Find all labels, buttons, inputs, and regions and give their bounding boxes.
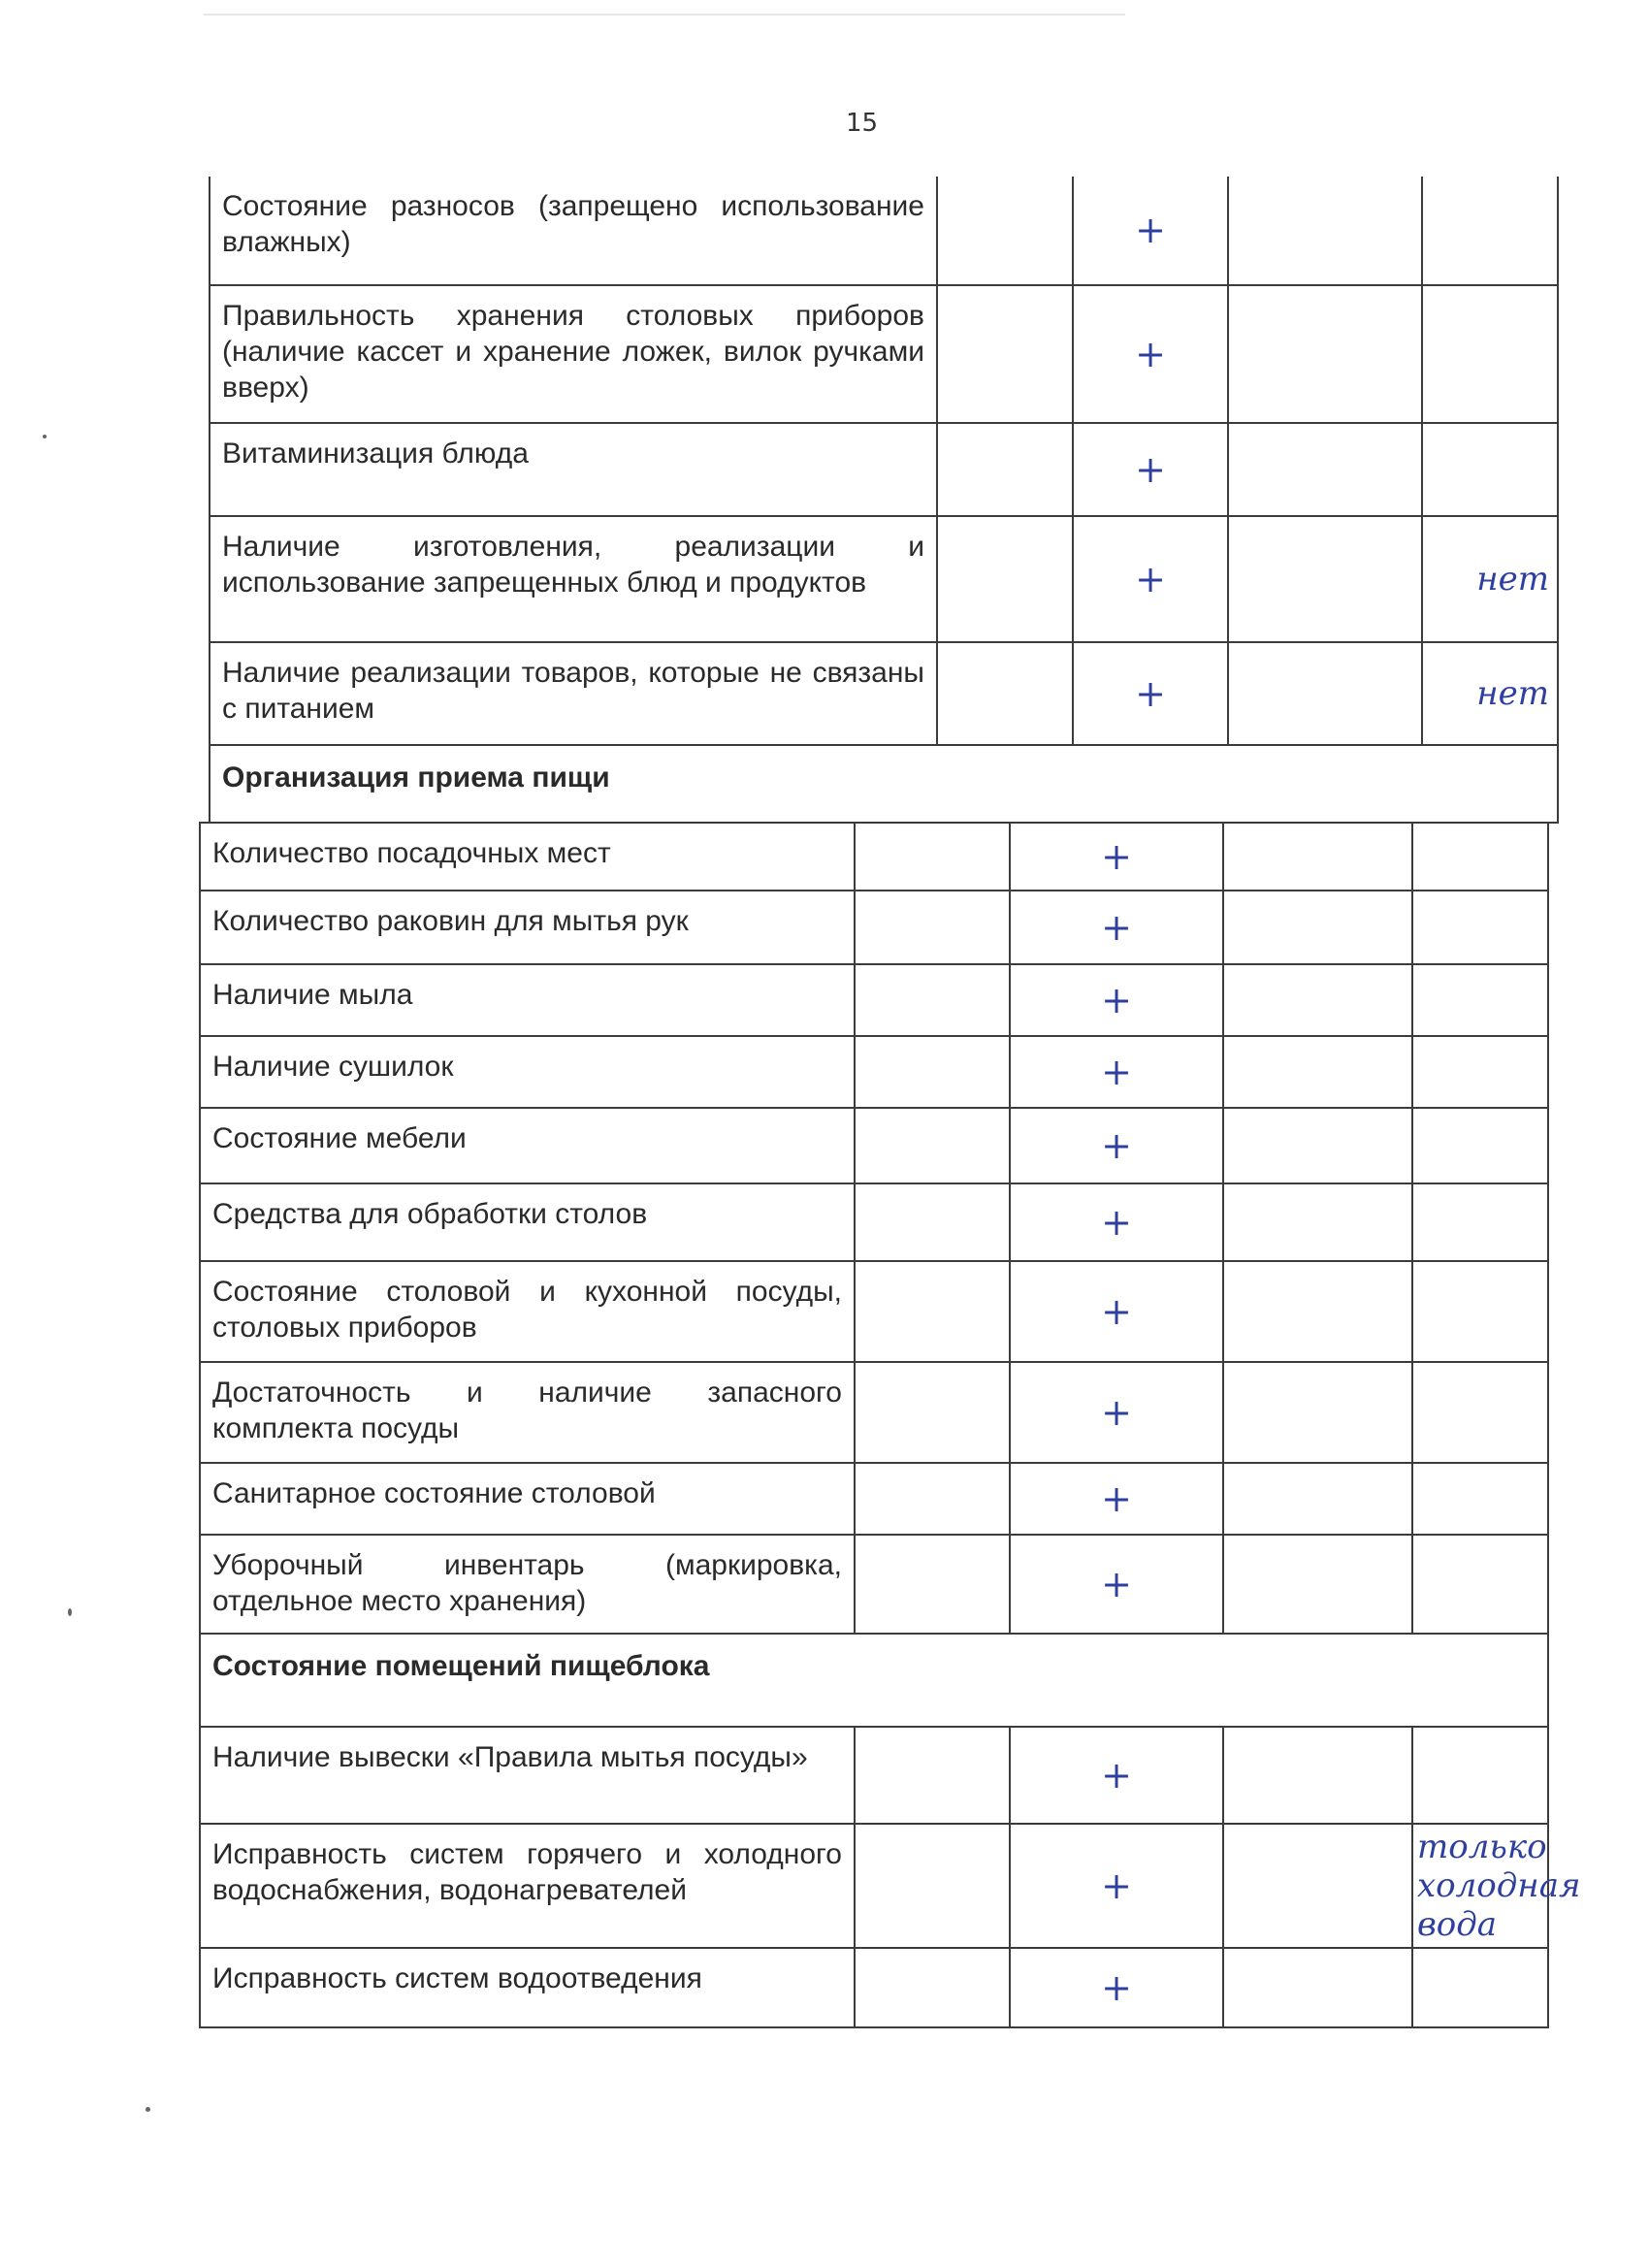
row-label: Витаминизация блюда	[210, 423, 937, 516]
cell-col3-mark: +	[1073, 423, 1228, 516]
cell-col3-mark: +	[1010, 1463, 1223, 1535]
cell-col3-mark: +	[1010, 823, 1223, 891]
cell-col5-note	[1412, 823, 1548, 891]
row-label: Уборочный инвентарь (маркировка, отдельн…	[200, 1535, 855, 1634]
table-row: Наличие сушилок+	[200, 1036, 1548, 1108]
scan-speck	[145, 2107, 150, 2112]
cell-col4	[1223, 823, 1412, 891]
cell-col5-note	[1412, 1108, 1548, 1183]
table-row: Наличие мыла+	[200, 964, 1548, 1036]
cell-col3-mark: +	[1073, 177, 1228, 285]
cell-col2	[855, 1727, 1010, 1824]
cell-col4	[1228, 285, 1422, 423]
cell-col2	[855, 1183, 1010, 1261]
row-label: Исправность систем водоотведения	[200, 1948, 855, 2027]
cell-col5-note: нет	[1422, 516, 1558, 642]
cell-col4	[1228, 177, 1422, 285]
row-label: Правильность хранения столовых приборов …	[210, 285, 937, 423]
cell-col2	[855, 1948, 1010, 2027]
cell-col4	[1228, 516, 1422, 642]
cell-col3-mark: +	[1010, 1362, 1223, 1463]
cell-col2	[855, 891, 1010, 964]
cell-col3-mark: +	[1010, 1727, 1223, 1824]
cell-col4	[1223, 1036, 1412, 1108]
cell-col5-note	[1412, 1535, 1548, 1634]
row-label: Состояние разносов (запрещено использова…	[210, 177, 937, 285]
table-row: Наличие изготовления, реализации и испол…	[210, 516, 1558, 642]
cell-col3-mark: +	[1010, 1183, 1223, 1261]
row-label: Количество посадочных мест	[200, 823, 855, 891]
row-label: Наличие мыла	[200, 964, 855, 1036]
row-label: Наличие изготовления, реализации и испол…	[210, 516, 937, 642]
table-row: Уборочный инвентарь (маркировка, отдельн…	[200, 1535, 1548, 1634]
cell-col4	[1223, 1535, 1412, 1634]
cell-col3-mark: +	[1010, 1036, 1223, 1108]
cell-col3-mark: +	[1010, 964, 1223, 1036]
cell-col2	[855, 1362, 1010, 1463]
cell-col5-note	[1412, 1463, 1548, 1535]
cell-col2	[855, 1108, 1010, 1183]
cell-col4	[1223, 891, 1412, 964]
cell-col3-mark: +	[1073, 285, 1228, 423]
cell-col4	[1223, 1183, 1412, 1261]
table-row: Количество посадочных мест+	[200, 823, 1548, 891]
cell-col4	[1223, 964, 1412, 1036]
scan-speck	[43, 435, 47, 438]
scan-edge-line	[204, 14, 1125, 16]
scan-speck	[68, 1608, 72, 1616]
cell-col3-mark: +	[1073, 516, 1228, 642]
table-row: Витаминизация блюда+	[210, 423, 1558, 516]
cell-col3-mark: +	[1010, 1108, 1223, 1183]
table-row: Исправность систем водоотведения+	[200, 1948, 1548, 2027]
table-row: Санитарное состояние столовой+	[200, 1463, 1548, 1535]
section-heading: Организация приема пищи	[210, 745, 1558, 823]
cell-col5-note	[1412, 964, 1548, 1036]
section-heading: Состояние помещений пищеблока	[200, 1634, 1548, 1727]
row-label: Санитарное состояние столовой	[200, 1463, 855, 1535]
row-label: Достаточность и наличие запасного компле…	[200, 1362, 855, 1463]
cell-col3-mark: +	[1010, 891, 1223, 964]
cell-col2	[855, 1261, 1010, 1362]
cell-col5-note	[1422, 285, 1558, 423]
cell-col2	[855, 964, 1010, 1036]
table-row: Состояние столовой и кухонной посуды, ст…	[200, 1261, 1548, 1362]
section-heading-row: Организация приема пищи	[210, 745, 1558, 823]
row-label: Наличие вывески «Правила мытья посуды»	[200, 1727, 855, 1824]
table-row: Правильность хранения столовых приборов …	[210, 285, 1558, 423]
row-label: Средства для обработки столов	[200, 1183, 855, 1261]
cell-col2	[937, 177, 1073, 285]
cell-col4	[1223, 1948, 1412, 2027]
table-row: Состояние мебели+	[200, 1108, 1548, 1183]
row-label: Количество раковин для мытья рук	[200, 891, 855, 964]
cell-col2	[855, 1036, 1010, 1108]
cell-col4	[1228, 423, 1422, 516]
cell-col5-note	[1422, 177, 1558, 285]
cell-col5-note: только холодная вода	[1412, 1824, 1548, 1948]
row-label: Наличие реализации товаров, которые не с…	[210, 642, 937, 745]
cell-col2	[855, 1463, 1010, 1535]
cell-col2	[855, 1824, 1010, 1948]
table-row: Достаточность и наличие запасного компле…	[200, 1362, 1548, 1463]
cell-col4	[1223, 1261, 1412, 1362]
checklist-table-part-2: Количество посадочных мест+Количество ра…	[199, 822, 1549, 2028]
cell-col5-note	[1412, 1183, 1548, 1261]
cell-col2	[937, 642, 1073, 745]
table-row: Состояние разносов (запрещено использова…	[210, 177, 1558, 285]
cell-col3-mark: +	[1010, 1261, 1223, 1362]
row-label: Наличие сушилок	[200, 1036, 855, 1108]
row-label: Исправность систем горячего и холодного …	[200, 1824, 855, 1948]
cell-col5-note	[1412, 1036, 1548, 1108]
cell-col2	[937, 516, 1073, 642]
row-label: Состояние столовой и кухонной посуды, ст…	[200, 1261, 855, 1362]
row-label: Состояние мебели	[200, 1108, 855, 1183]
cell-col5-note	[1412, 1362, 1548, 1463]
cell-col5-note	[1422, 423, 1558, 516]
cell-col4	[1223, 1463, 1412, 1535]
table-row: Наличие вывески «Правила мытья посуды»+	[200, 1727, 1548, 1824]
cell-col5-note: нет	[1422, 642, 1558, 745]
cell-col5-note	[1412, 1261, 1548, 1362]
cell-col3-mark: +	[1010, 1824, 1223, 1948]
cell-col5-note	[1412, 891, 1548, 964]
cell-col3-mark: +	[1010, 1535, 1223, 1634]
cell-col2	[937, 285, 1073, 423]
cell-col4	[1228, 642, 1422, 745]
cell-col4	[1223, 1362, 1412, 1463]
checklist-table-part-1: Состояние разносов (запрещено использова…	[209, 177, 1559, 824]
cell-col2	[855, 823, 1010, 891]
cell-col3-mark: +	[1073, 642, 1228, 745]
page-number: 15	[846, 109, 878, 138]
cell-col4	[1223, 1824, 1412, 1948]
cell-col2	[937, 423, 1073, 516]
cell-col2	[855, 1535, 1010, 1634]
table-row: Средства для обработки столов+	[200, 1183, 1548, 1261]
cell-col4	[1223, 1727, 1412, 1824]
cell-col5-note	[1412, 1948, 1548, 2027]
table-row: Исправность систем горячего и холодного …	[200, 1824, 1548, 1948]
cell-col3-mark: +	[1010, 1948, 1223, 2027]
cell-col5-note	[1412, 1727, 1548, 1824]
cell-col4	[1223, 1108, 1412, 1183]
section-heading-row: Состояние помещений пищеблока	[200, 1634, 1548, 1727]
table-row: Наличие реализации товаров, которые не с…	[210, 642, 1558, 745]
table-row: Количество раковин для мытья рук+	[200, 891, 1548, 964]
